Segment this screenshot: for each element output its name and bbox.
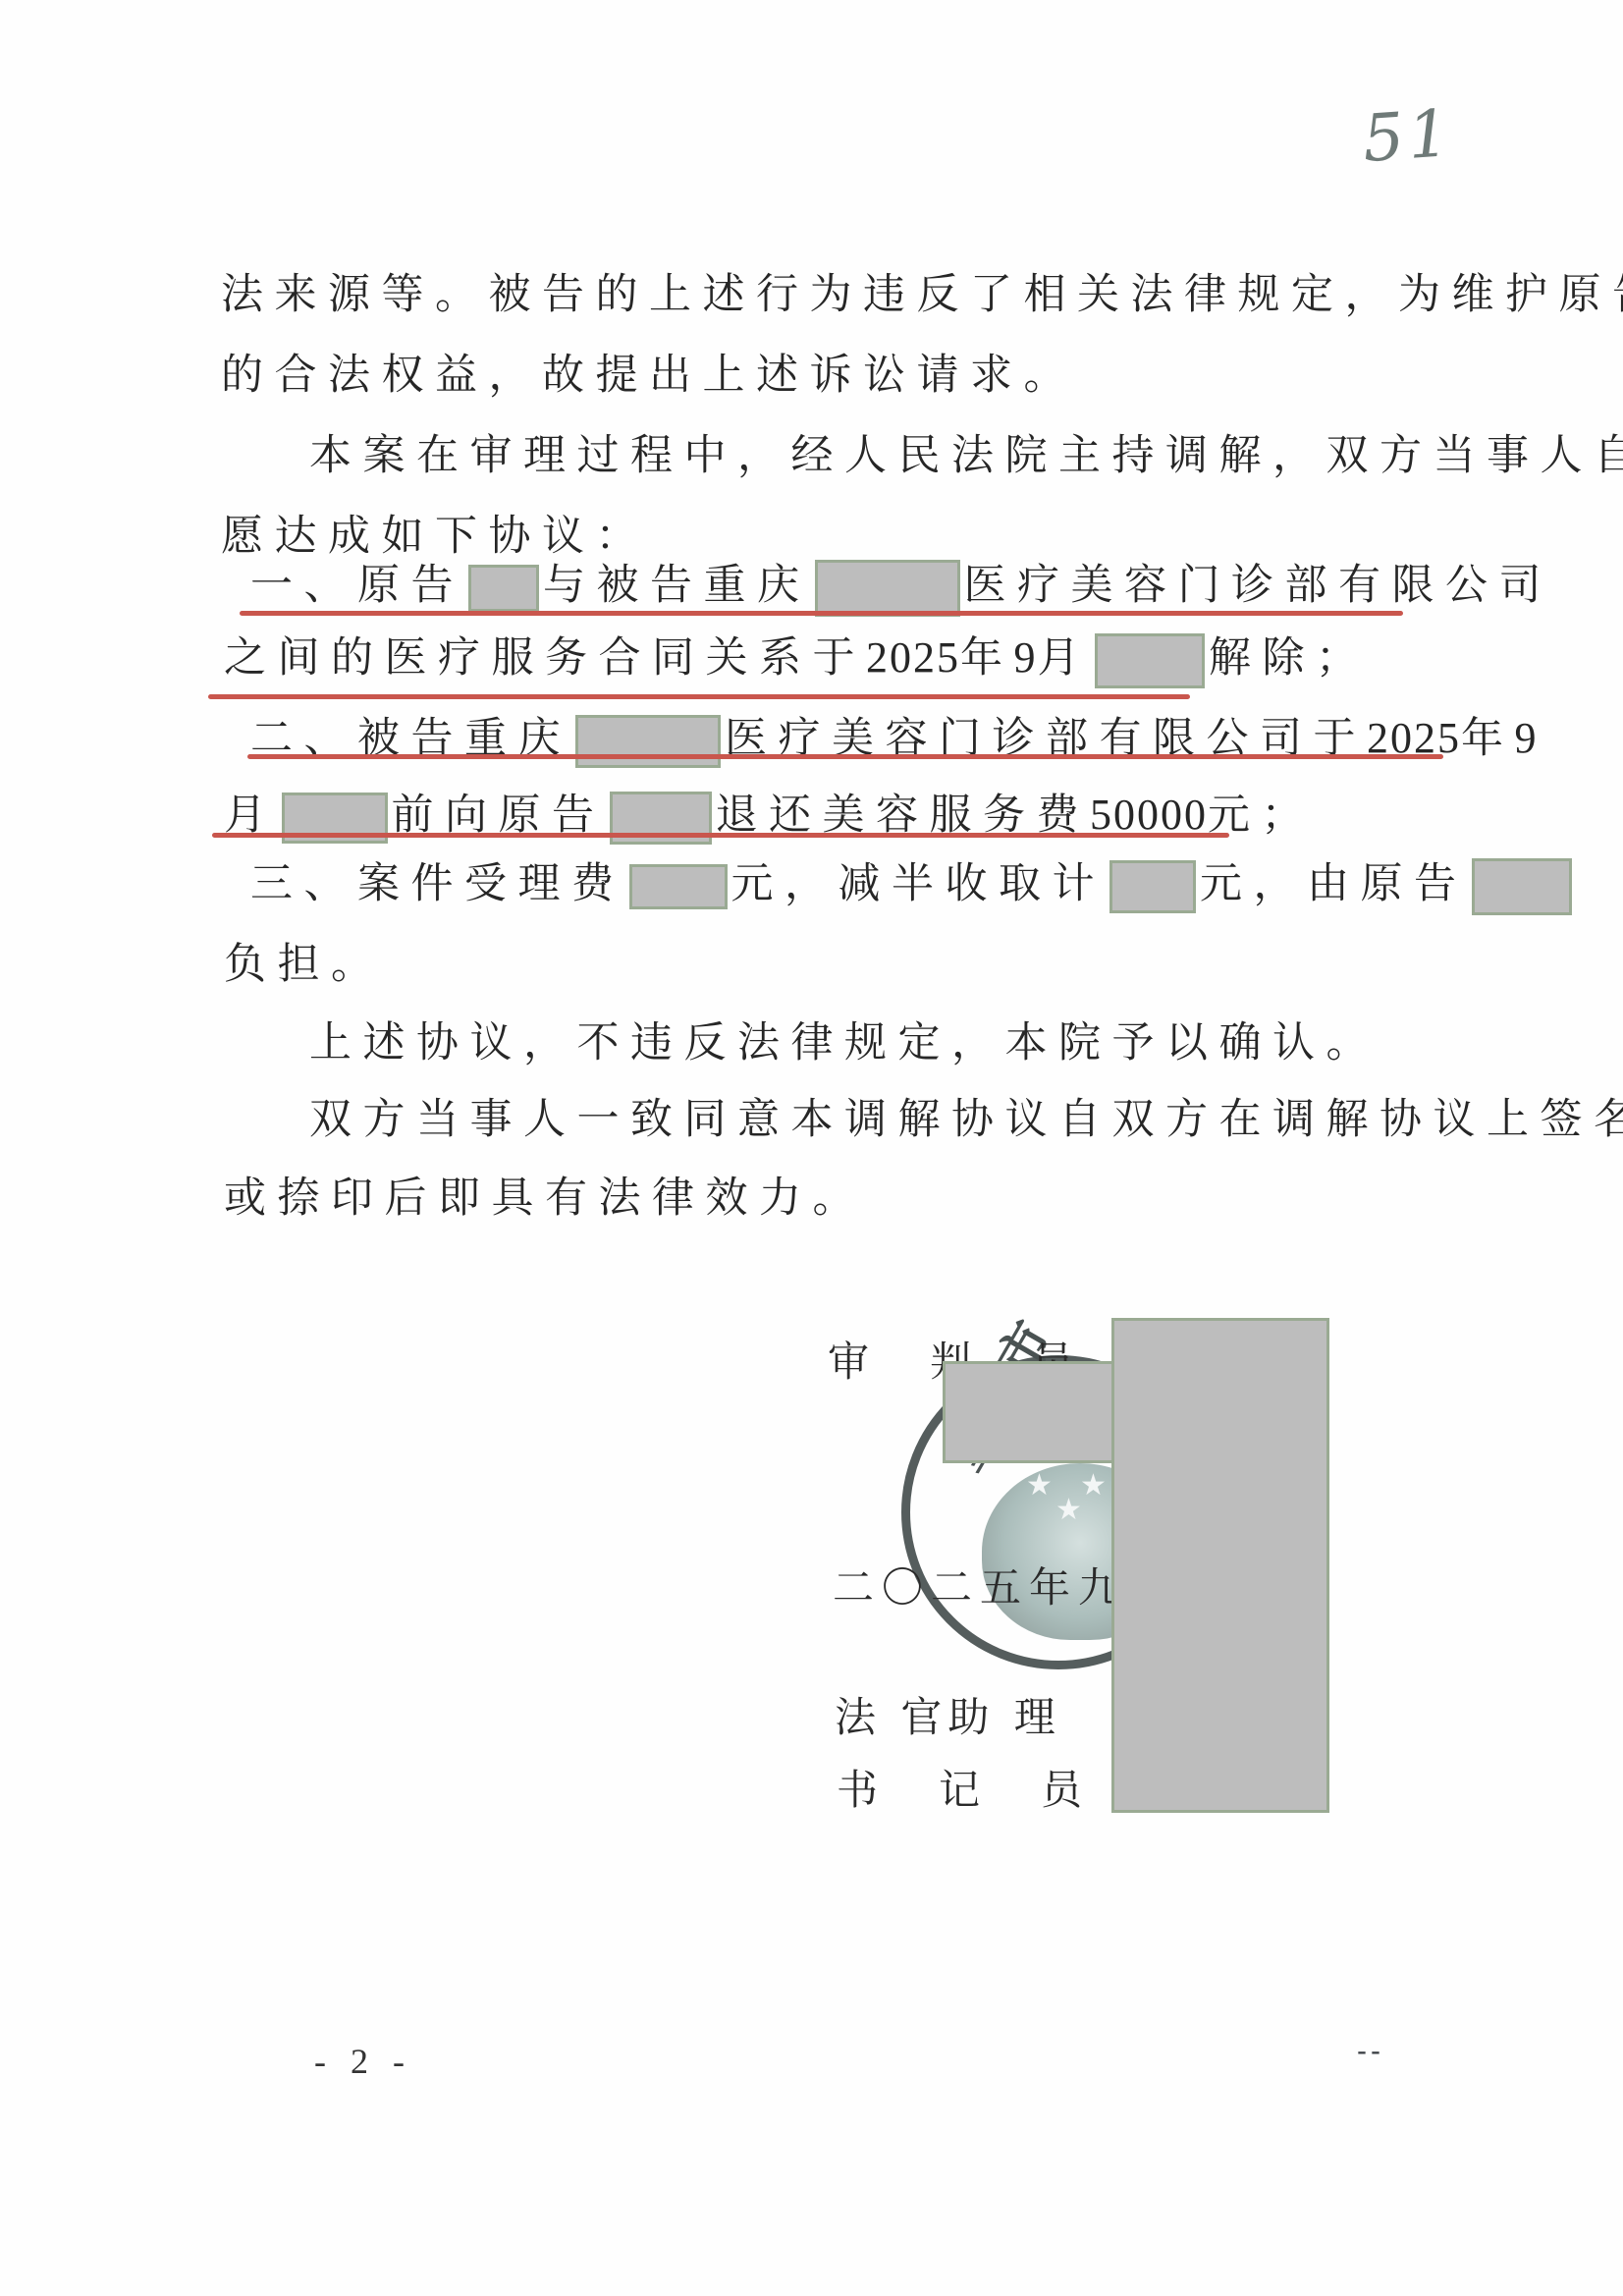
agreement-item-3-line-2: 负担。 bbox=[224, 935, 385, 994]
handwritten-page-number: 51 bbox=[1360, 95, 1455, 177]
paragraph-line: 本案在审理过程中，经人民法院主持调解，双方当事人自 bbox=[309, 426, 1623, 485]
text-segment: 与被告重庆 bbox=[543, 561, 811, 610]
text-segment: 解除； bbox=[1209, 633, 1370, 683]
footer-mark: -- bbox=[1357, 2035, 1384, 2068]
redaction-box bbox=[1095, 633, 1205, 688]
text-segment: 一、原告 bbox=[250, 561, 464, 610]
agreement-item-3-line-1: 三、案件受理费元，减半收取计元，由原告 bbox=[250, 854, 1576, 915]
text-segment: 三、案件受理费 bbox=[250, 859, 625, 908]
star-icon: ★ bbox=[1026, 1468, 1053, 1503]
date-partial: 二〇二五年九 bbox=[833, 1561, 1127, 1614]
text-segment: 元，减半收取计 bbox=[731, 859, 1107, 908]
text-segment: 医疗美容门诊部有限公司 bbox=[964, 561, 1553, 610]
paragraph-line: 的合法权益，故提出上述诉讼请求。 bbox=[221, 346, 1077, 405]
amount-value: 50000 bbox=[1090, 791, 1208, 839]
month-value: 9 bbox=[1515, 714, 1539, 762]
redaction-box bbox=[575, 715, 721, 768]
month-value: 9 bbox=[1014, 633, 1038, 682]
year-value: 2025 bbox=[866, 633, 960, 682]
text-segment: 之间的医疗服务合同关系于 bbox=[224, 633, 866, 683]
agreement-item-2-line-1: 二、被告重庆医疗美容门诊部有限公司于2025年9 bbox=[250, 709, 1539, 768]
star-icon: ★ bbox=[1055, 1493, 1082, 1527]
agreement-item-1-line-2: 之间的医疗服务合同关系于2025年9月解除； bbox=[224, 629, 1370, 688]
effect-line: 双方当事人一致同意本调解协议自双方在调解协议上签名 bbox=[309, 1090, 1623, 1149]
page-number: - 2 - bbox=[314, 2041, 412, 2082]
redaction-box bbox=[629, 864, 728, 909]
red-underline bbox=[240, 611, 1403, 616]
redaction-box bbox=[468, 565, 539, 612]
paragraph-line: 法来源等。被告的上述行为违反了相关法律规定，为维护原告 bbox=[221, 265, 1623, 324]
clerk-label: 书 记 员 bbox=[837, 1764, 1092, 1817]
text-segment: 月 bbox=[1038, 633, 1092, 683]
text-segment: 年 bbox=[960, 633, 1014, 683]
text-segment: 年 bbox=[1461, 714, 1515, 763]
redaction-box bbox=[943, 1361, 1119, 1463]
judicial-assistant-label: 法 官助 理 bbox=[835, 1691, 1061, 1744]
star-icon: ★ bbox=[1080, 1468, 1107, 1503]
confirmation-text: 上述协议，不违反法律规定，本院予以确认。 bbox=[309, 1013, 1380, 1072]
red-underline bbox=[212, 833, 1229, 838]
effect-line: 或捺印后即具有法律效力。 bbox=[224, 1169, 866, 1228]
redaction-box bbox=[1472, 858, 1572, 915]
agreement-item-1-line-1: 一、原告与被告重庆医疗美容门诊部有限公司 bbox=[250, 556, 1552, 617]
text-segment: 元，由原告 bbox=[1200, 859, 1468, 908]
red-underline bbox=[247, 754, 1443, 759]
redaction-box bbox=[1109, 860, 1196, 913]
redaction-box bbox=[815, 560, 960, 617]
redaction-box bbox=[1111, 1318, 1329, 1813]
red-underline bbox=[208, 694, 1190, 699]
document-page: 51 法来源等。被告的上述行为违反了相关法律规定，为维护原告 的合法权益，故提出… bbox=[0, 0, 1623, 2296]
